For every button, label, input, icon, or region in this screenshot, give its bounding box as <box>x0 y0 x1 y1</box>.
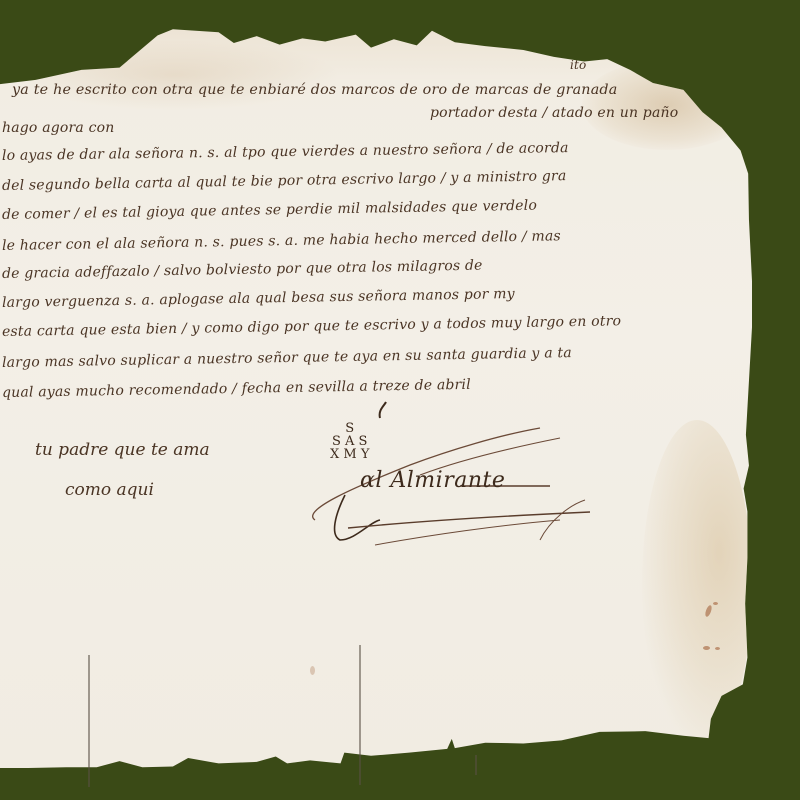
annotation-superscript: ito <box>570 58 587 72</box>
body-line-7: le hacer con el ala señora n. s. pues s.… <box>2 228 561 254</box>
body-line-10: esta carta que esta bien / y como digo p… <box>2 313 621 340</box>
closing-line-2: como aqui <box>65 480 154 500</box>
signature-name: ɑl Almirante <box>360 468 505 493</box>
body-line-1: ya te he escrito con otra que te enbiaré… <box>12 82 617 98</box>
closing-line-1: tu padre que te ama <box>35 440 210 460</box>
signature-block: S S A S X M Y ɑl Almirante <box>300 400 600 550</box>
body-line-9: largo verguenza s. a. aplogase ala qual … <box>2 286 515 311</box>
body-line-4: lo ayas de dar ala señora n. s. al tpo q… <box>2 140 569 164</box>
cipher-row-3: X M Y <box>330 448 369 461</box>
body-line-3: hago agora con <box>2 120 115 136</box>
body-line-2: portador desta / atado en un paño <box>430 105 678 121</box>
body-line-12: qual ayas mucho recomendado / fecha en s… <box>2 377 471 401</box>
body-line-6: de comer / el es tal gioya que antes se … <box>2 198 537 223</box>
body-line-8: de gracia adeffazalo / salvo bolviesto p… <box>2 258 483 282</box>
body-line-11: largo mas salvo suplicar a nuestro señor… <box>2 345 572 371</box>
body-line-5: del segundo bella carta al qual te bie p… <box>2 168 567 194</box>
signature-cipher: S S A S X M Y <box>330 422 369 461</box>
document-viewer: ito ya te he escrito con otra que te enb… <box>0 0 800 800</box>
